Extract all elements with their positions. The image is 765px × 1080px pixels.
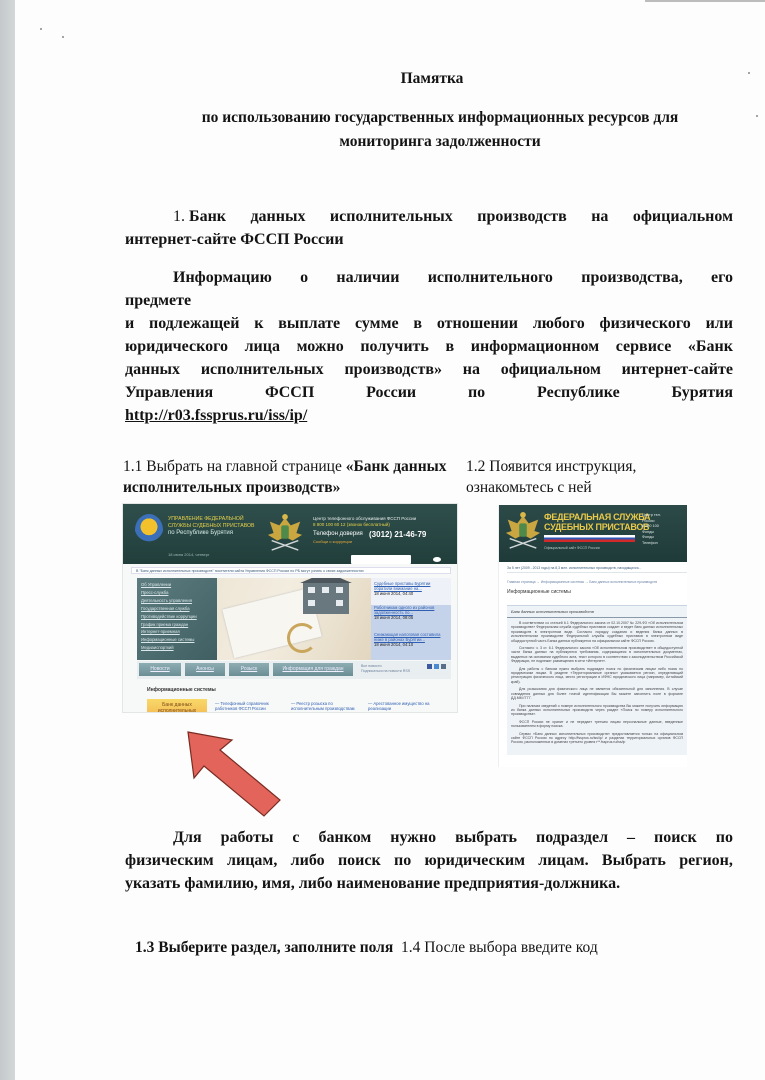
scan-edge xyxy=(0,0,15,1080)
paragraph-2: Дляработысбанкомнужновыбратьподраздел–по… xyxy=(125,826,733,895)
tab-wanted[interactable]: Розыск xyxy=(229,663,269,676)
site-tabs: Новости Анонсы Розыск Информация для гра… xyxy=(137,661,451,679)
instruction-box: Банк данных исполнительных производств В… xyxy=(507,605,687,755)
fssp-header: ФЕДЕРАЛЬНАЯ СЛУЖБА СУДЕБНЫХ ПРИСТАВОВ Оф… xyxy=(499,505,687,562)
facebook-icon[interactable] xyxy=(427,664,432,669)
news-ticker: В "Банк данных исполнительных производст… xyxy=(131,567,451,574)
document-title: Памятка xyxy=(15,70,765,88)
page-heading: Информационные системы xyxy=(507,589,571,595)
step-1-1-caption: 1.1 Выбрать на главной странице «Банк да… xyxy=(123,456,463,498)
instruction-paragraph: В соответствии со статьей 6.1 Федерально… xyxy=(507,621,687,643)
house-keys-photo xyxy=(217,578,371,660)
fssp-link[interactable]: http://r03.fssprus.ru/iss/ip/ xyxy=(125,404,307,427)
site-header: Управление Федеральной службы судебных п… xyxy=(123,504,458,564)
step-1-4-caption: 1.4 После выбора введите код xyxy=(401,939,598,956)
trust-phone: (3012) 21-46-79 xyxy=(369,530,426,539)
site-side-menu: Об УправленииПресс-службаДеятельность уп… xyxy=(137,578,217,660)
screenshot-instruction-page: ФЕДЕРАЛЬНАЯ СЛУЖБА СУДЕБНЫХ ПРИСТАВОВ Оф… xyxy=(499,505,687,767)
eye-icon[interactable] xyxy=(433,557,441,562)
site-search-input[interactable] xyxy=(351,555,411,564)
document-subtitle: по использованию государственных информа… xyxy=(135,106,745,154)
red-arrow-icon xyxy=(180,728,290,818)
step-1-3-caption: 1.3 Выберите раздел, заполните поля 1.4 … xyxy=(135,939,598,957)
side-menu-item[interactable]: Информационные системы xyxy=(141,636,213,644)
tab-news[interactable]: Новости xyxy=(139,663,181,676)
eagle-emblem-icon xyxy=(504,510,542,552)
side-menu-item[interactable]: Медиаиспорткий xyxy=(141,644,213,652)
instruction-paragraph: Согласно ч. 3 ст. 6.1 Федерального закон… xyxy=(507,646,687,664)
russian-flag-stripe xyxy=(544,535,635,542)
instruction-paragraph: ФССП России не хранит и не передает трет… xyxy=(507,720,687,729)
house-icon xyxy=(303,582,349,614)
side-menu-item[interactable]: График приема граждан xyxy=(141,621,213,629)
bank-data-button[interactable]: Банк данных исполнительных производств xyxy=(147,699,207,713)
screenshot-regional-homepage: Управление Федеральной службы судебных п… xyxy=(122,503,458,713)
side-menu-item[interactable]: Пресс-служба xyxy=(141,589,213,597)
eagle-emblem-icon xyxy=(266,512,304,554)
tab-citizens-info[interactable]: Информация для граждан xyxy=(273,663,353,676)
vk-icon[interactable] xyxy=(441,664,446,669)
side-menu-item[interactable]: Государственная служба xyxy=(141,605,213,613)
side-menu-item[interactable]: Интернет-приемная xyxy=(141,628,213,636)
justified-line: Информациюоналичииисполнительногопроизво… xyxy=(125,266,733,289)
breadcrumb[interactable]: Главная страница → Информационные систем… xyxy=(507,580,657,584)
step-1-2-caption: 1.2 Появится инструкция, ознакомьтесь с … xyxy=(466,456,706,498)
twitter-icon[interactable] xyxy=(434,664,439,669)
section-1-paragraph: Информациюоналичииисполнительногопроизво… xyxy=(125,266,733,427)
side-menu-item[interactable]: Противодействие коррупции xyxy=(141,613,213,621)
instruction-paragraph: Сервис «Банк данных исполнительных произ… xyxy=(507,732,687,745)
instruction-paragraph: Для розыскания для физического лица не я… xyxy=(507,687,687,700)
tab-announcements[interactable]: Анонсы xyxy=(185,663,225,676)
corruption-link[interactable]: Сообщи о коррупции xyxy=(313,539,352,544)
buryatia-emblem-icon xyxy=(135,514,163,546)
org-name: Управление Федеральной службы судебных п… xyxy=(168,516,263,537)
news-column: Судебные приставы Бурятии обратили внима… xyxy=(371,578,451,660)
side-menu-item[interactable]: Деятельность управления xyxy=(141,597,213,605)
instruction-paragraph: При наличии сведений о номере исполнител… xyxy=(507,704,687,717)
side-menu-item[interactable]: Об Управлении xyxy=(141,581,213,589)
keys-icon xyxy=(287,623,317,653)
instruction-paragraph: Для работы с банком нужно выбрать подраз… xyxy=(507,667,687,685)
section-1-heading: 1. Банкданныхисполнительныхпроизводствна… xyxy=(125,205,733,251)
document-page: Памятка по использованию государственных… xyxy=(15,0,765,1080)
